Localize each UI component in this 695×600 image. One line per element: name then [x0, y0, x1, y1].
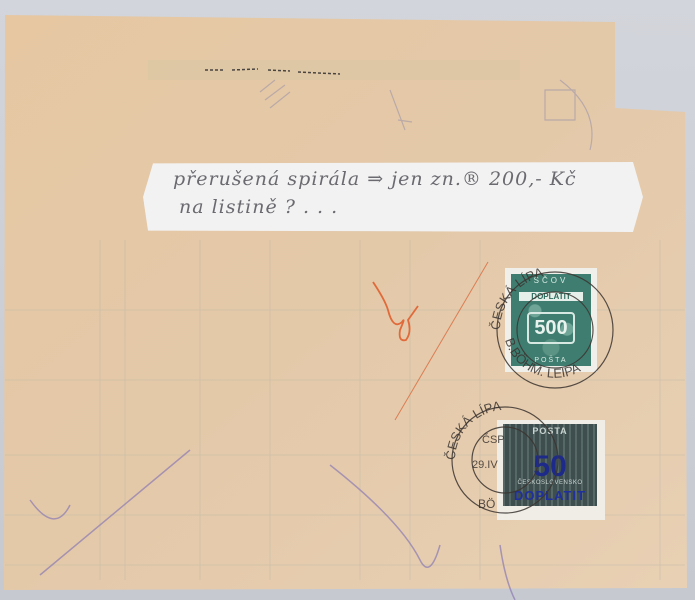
stamp-top-text: SČOV	[511, 276, 591, 285]
stamp-overprint: DOPLATIT	[503, 488, 597, 503]
stamp-500-postage-due: SČOV DOPLATIT 500 POŠTA	[505, 268, 597, 372]
note-line-1: přerušená spirála ⇒ jen zn.® 200,- Kč	[173, 168, 577, 190]
handwritten-note: přerušená spirála ⇒ jen zn.® 200,- Kč na…	[143, 162, 643, 232]
stamp-value: 50	[503, 450, 597, 484]
stamp-country: ČESKOSLOVENSKO	[503, 480, 597, 486]
document-sheet: přerušená spirála ⇒ jen zn.® 200,- Kč na…	[0, 0, 695, 600]
stamp-value: 500	[527, 312, 575, 344]
stamp-overprint: DOPLATIT	[519, 292, 583, 301]
stamp-50-hradcany-postage-due: POSTA 50 ČESKOSLOVENSKO DOPLATIT	[497, 420, 605, 520]
note-line-2: na listině ? . . .	[179, 196, 338, 218]
stamp-top-text: POSTA	[503, 426, 597, 436]
stamp-bottom-text: POŠTA	[511, 357, 591, 364]
